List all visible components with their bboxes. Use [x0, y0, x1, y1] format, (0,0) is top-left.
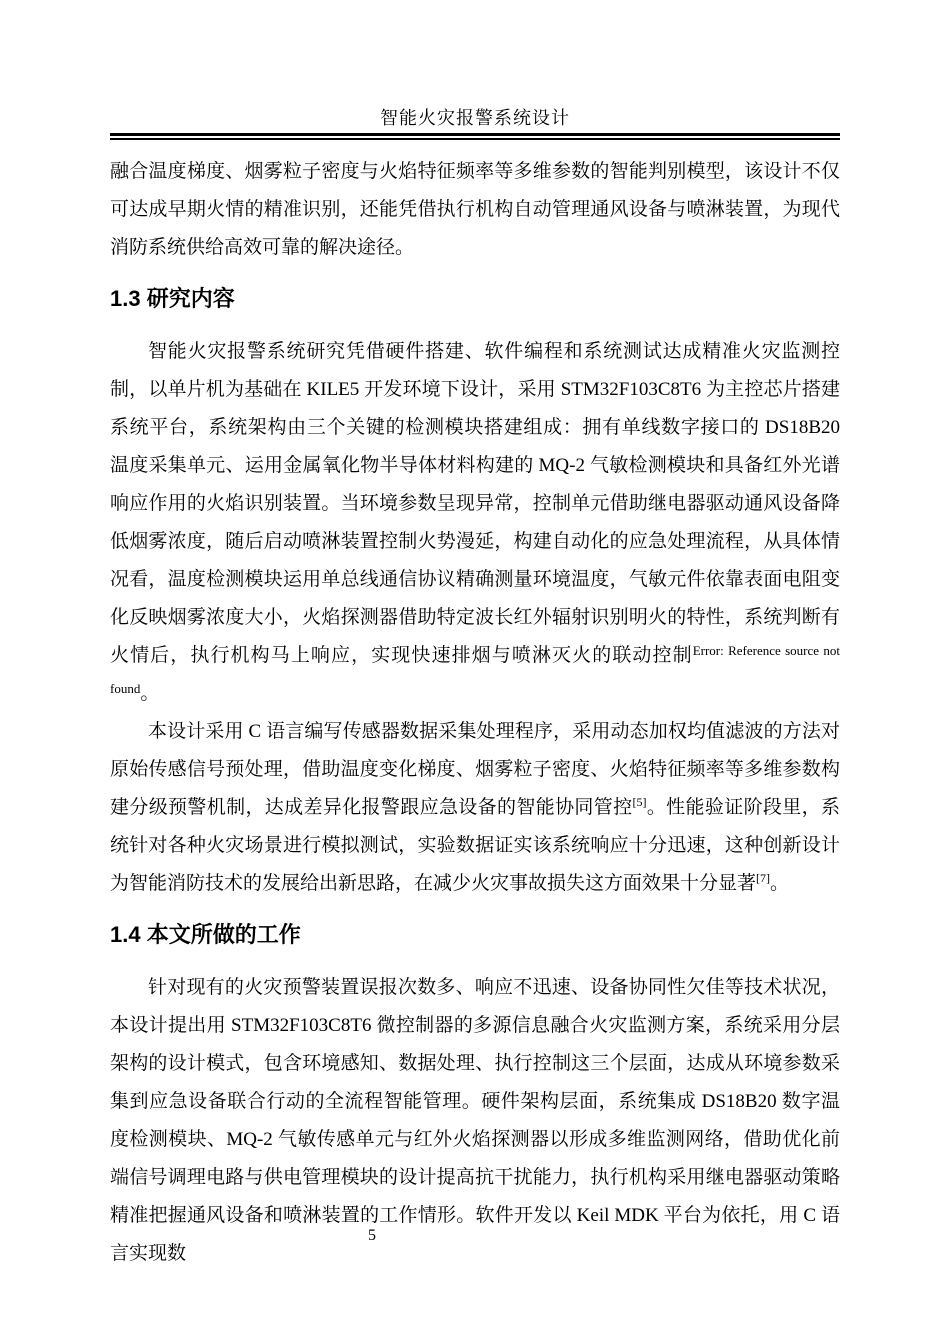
paragraph-research-content-2: 本设计采用 C 语言编写传感器数据采集处理程序，采用动态加权均值滤波的方法对原始… — [110, 713, 840, 903]
paragraph-text: 。 — [770, 873, 789, 894]
section-heading-research-content: 1.3 研究内容 — [110, 284, 840, 314]
page-header: 智能火灾报警系统设计 — [110, 108, 840, 140]
paragraph-research-content-1: 智能火灾报警系统研究凭借硬件搭建、软件编程和系统测试达成精准火灾监测控制，以单片… — [110, 333, 840, 713]
citation-ref-7: [7] — [756, 871, 770, 885]
paragraph-text: 。 — [140, 683, 159, 704]
document-body: 融合温度梯度、烟雾粒子密度与火焰特征频率等多维参数的智能判别模型，该设计不仅可达… — [110, 153, 840, 1273]
page-number: 5 — [368, 1226, 376, 1246]
citation-ref-5: [5] — [632, 795, 646, 809]
header-rule-thick — [110, 133, 840, 136]
paragraph-thesis-work-1: 针对现有的火灾预警装置误报次数多、响应不迅速、设备协同性欠佳等技术状况，本设计提… — [110, 969, 840, 1273]
intro-paragraph: 融合温度梯度、烟雾粒子密度与火焰特征频率等多维参数的智能判别模型，该设计不仅可达… — [110, 153, 840, 267]
header-rule-thin — [110, 138, 840, 140]
paragraph-text: 智能火灾报警系统研究凭借硬件搭建、软件编程和系统测试达成精准火灾监测控制，以单片… — [110, 341, 840, 666]
document-page: 智能火灾报警系统设计 融合温度梯度、烟雾粒子密度与火焰特征频率等多维参数的智能判… — [0, 0, 950, 1344]
running-header-title: 智能火灾报警系统设计 — [110, 108, 840, 128]
section-heading-thesis-work: 1.4 本文所做的工作 — [110, 920, 840, 950]
